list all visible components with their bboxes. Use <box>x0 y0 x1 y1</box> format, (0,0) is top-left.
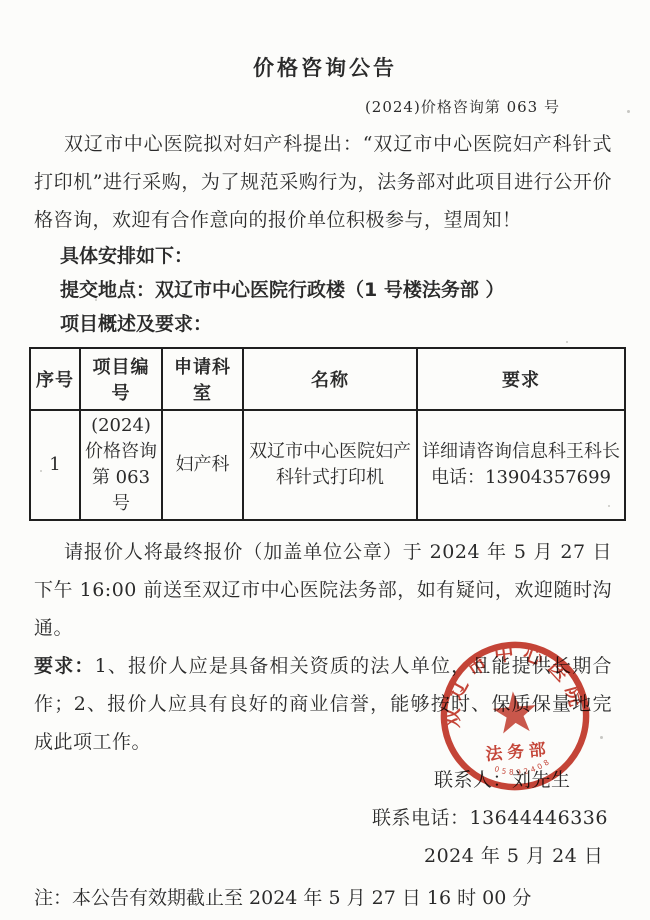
scan-speck <box>40 470 42 472</box>
arrangement-heading: 具体安排如下： <box>60 239 612 273</box>
cell-department: 妇产科 <box>162 410 243 520</box>
project-spec-table: 序号 项目编号 申请科室 名称 要求 1 (2024)价格咨询第 063 号 妇… <box>29 347 626 521</box>
cell-project-no: (2024)价格咨询第 063 号 <box>80 410 162 520</box>
overview-heading: 项目概述及要求： <box>60 307 612 341</box>
submit-location-line: 提交地点：双辽市中心医院行政楼（1 号楼法务部 ） <box>60 273 612 307</box>
page-title: 价格咨询公告 <box>0 52 650 82</box>
arrangement-section: 具体安排如下： 提交地点：双辽市中心医院行政楼（1 号楼法务部 ） 项目概述及要… <box>0 239 650 341</box>
col-header-department: 申请科室 <box>162 348 243 410</box>
col-header-requirement: 要求 <box>417 348 625 410</box>
cell-requirement: 详细请咨询信息科王科长 电话：13904357699 <box>417 410 625 520</box>
scan-speck <box>566 341 568 343</box>
requirement-phone-line: 电话：13904357699 <box>422 465 620 491</box>
scan-speck <box>600 736 603 739</box>
cell-seq: 1 <box>30 410 80 520</box>
document-number: (2024)价格咨询第 063 号 <box>0 96 650 117</box>
contact-person: 联系人：刘先生 <box>434 761 650 799</box>
table-header-row: 序号 项目编号 申请科室 名称 要求 <box>30 348 625 410</box>
scan-speck <box>627 110 630 113</box>
intro-paragraph: 双辽市中心医院拟对妇产科提出：“双辽市中心医院妇产科针式打印机”进行采购，为了规… <box>34 125 612 239</box>
requirements-text: 1、报价人应是具备相关资质的法人单位，且能提供长期合作；2、报价人应具有良好的商… <box>34 655 612 753</box>
contact-phone: 联系电话：13644446336 <box>372 799 650 837</box>
col-header-seq: 序号 <box>30 348 80 410</box>
requirement-contact-line: 详细请咨询信息科王科长 <box>422 439 620 465</box>
scanned-document-page: 价格咨询公告 (2024)价格咨询第 063 号 双辽市中心医院拟对妇产科提出：… <box>0 0 650 920</box>
scan-speck <box>95 299 97 301</box>
table-row: 1 (2024)价格咨询第 063 号 妇产科 双辽市中心医院妇产科针式打印机 … <box>30 410 625 520</box>
scan-speck <box>608 505 610 507</box>
validity-note: 注：本公告有效期截止至 2024 年 5 月 27 日 16 时 00 分 <box>34 879 612 917</box>
cell-name: 双辽市中心医院妇产科针式打印机 <box>243 410 417 520</box>
deadline-paragraph: 请报价人将最终报价（加盖单位公章）于 2024 年 5 月 27 日下午 16:… <box>34 533 612 647</box>
requirements-label: 要求： <box>34 655 95 677</box>
signature-date: 2024 年 5 月 24 日 <box>424 837 650 875</box>
col-header-project-no: 项目编号 <box>80 348 162 410</box>
col-header-name: 名称 <box>243 348 417 410</box>
requirements-paragraph: 要求：1、报价人应是具备相关资质的法人单位，且能提供长期合作；2、报价人应具有良… <box>34 647 612 761</box>
